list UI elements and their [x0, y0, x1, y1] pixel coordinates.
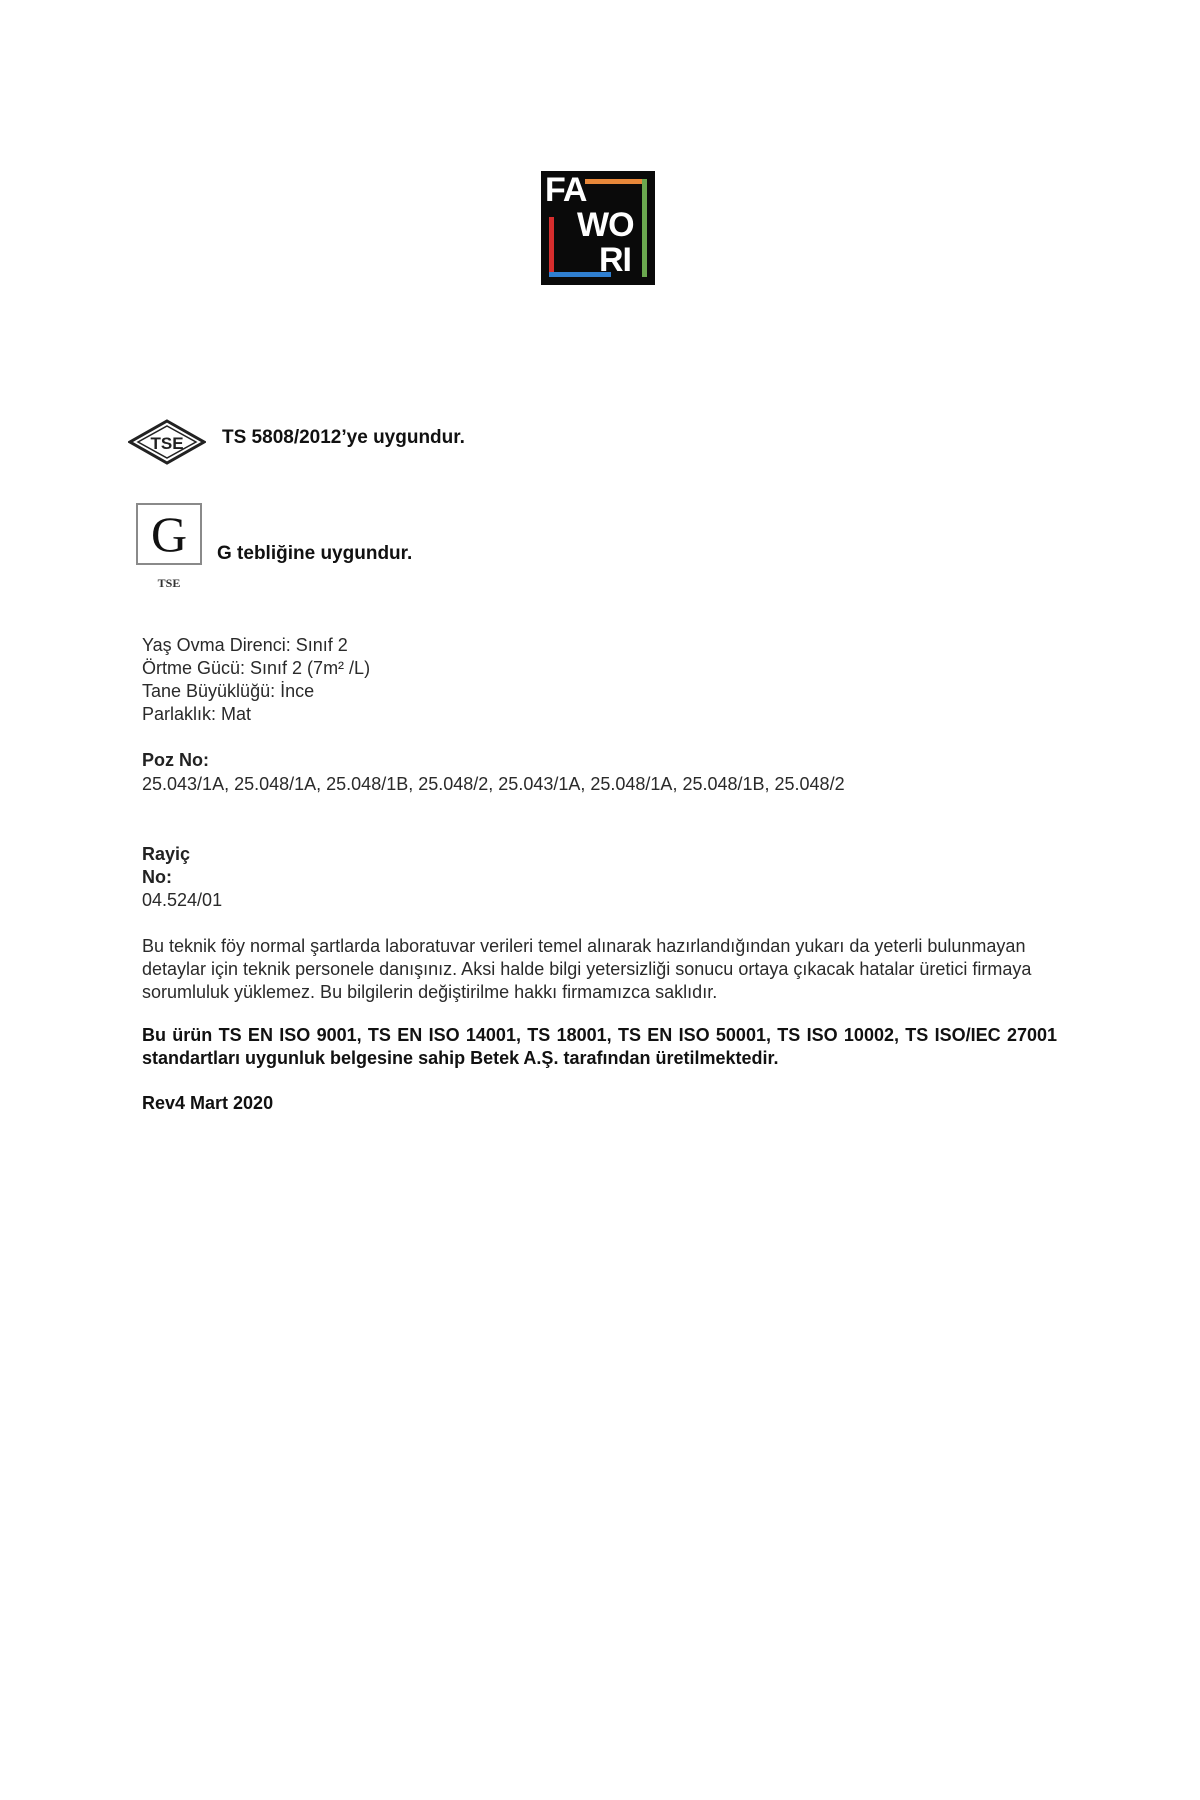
property-wet-scrub: Yaş Ovma Direnci: Sınıf 2 [142, 634, 370, 657]
revision-label: Rev4 Mart 2020 [142, 1093, 273, 1114]
tse-compliance-text: TS 5808/2012’ye uygundur. [222, 427, 465, 449]
logo-line-2: WO [577, 210, 634, 241]
g-mark-caption: TSE [136, 576, 202, 591]
logo-red-bar [549, 217, 554, 277]
g-mark-icon: G [136, 503, 202, 565]
property-gloss: Parlaklık: Mat [142, 703, 370, 726]
logo-green-bar [642, 179, 647, 277]
rayic-label-line-2: No: [142, 866, 190, 889]
poz-values: 25.043/1A, 25.048/1A, 25.048/1B, 25.048/… [142, 773, 845, 796]
property-coverage: Örtme Gücü: Sınıf 2 (7m² /L) [142, 657, 370, 680]
rayic-label-line-1: Rayiç [142, 843, 190, 866]
logo-line-1: FA [545, 175, 586, 206]
g-compliance-text: G tebliğine uygundur. [217, 543, 412, 565]
product-properties: Yaş Ovma Direnci: Sınıf 2 Örtme Gücü: Sı… [142, 634, 370, 726]
fawori-logo: FA WO RI [541, 171, 655, 285]
rayic-label: Rayiç No: [142, 843, 190, 889]
poz-label: Poz No: [142, 750, 209, 771]
disclaimer-paragraph: Bu teknik föy normal şartlarda laboratuv… [142, 935, 1062, 1004]
iso-statement: Bu ürün TS EN ISO 9001, TS EN ISO 14001,… [142, 1024, 1057, 1070]
tse-mark-label: TSE [150, 434, 183, 453]
property-grain-size: Tane Büyüklüğü: İnce [142, 680, 370, 703]
logo-line-3: RI [599, 245, 631, 276]
rayic-value: 04.524/01 [142, 889, 222, 912]
logo-orange-bar [585, 179, 647, 184]
tse-mark-icon: TSE [128, 419, 206, 465]
